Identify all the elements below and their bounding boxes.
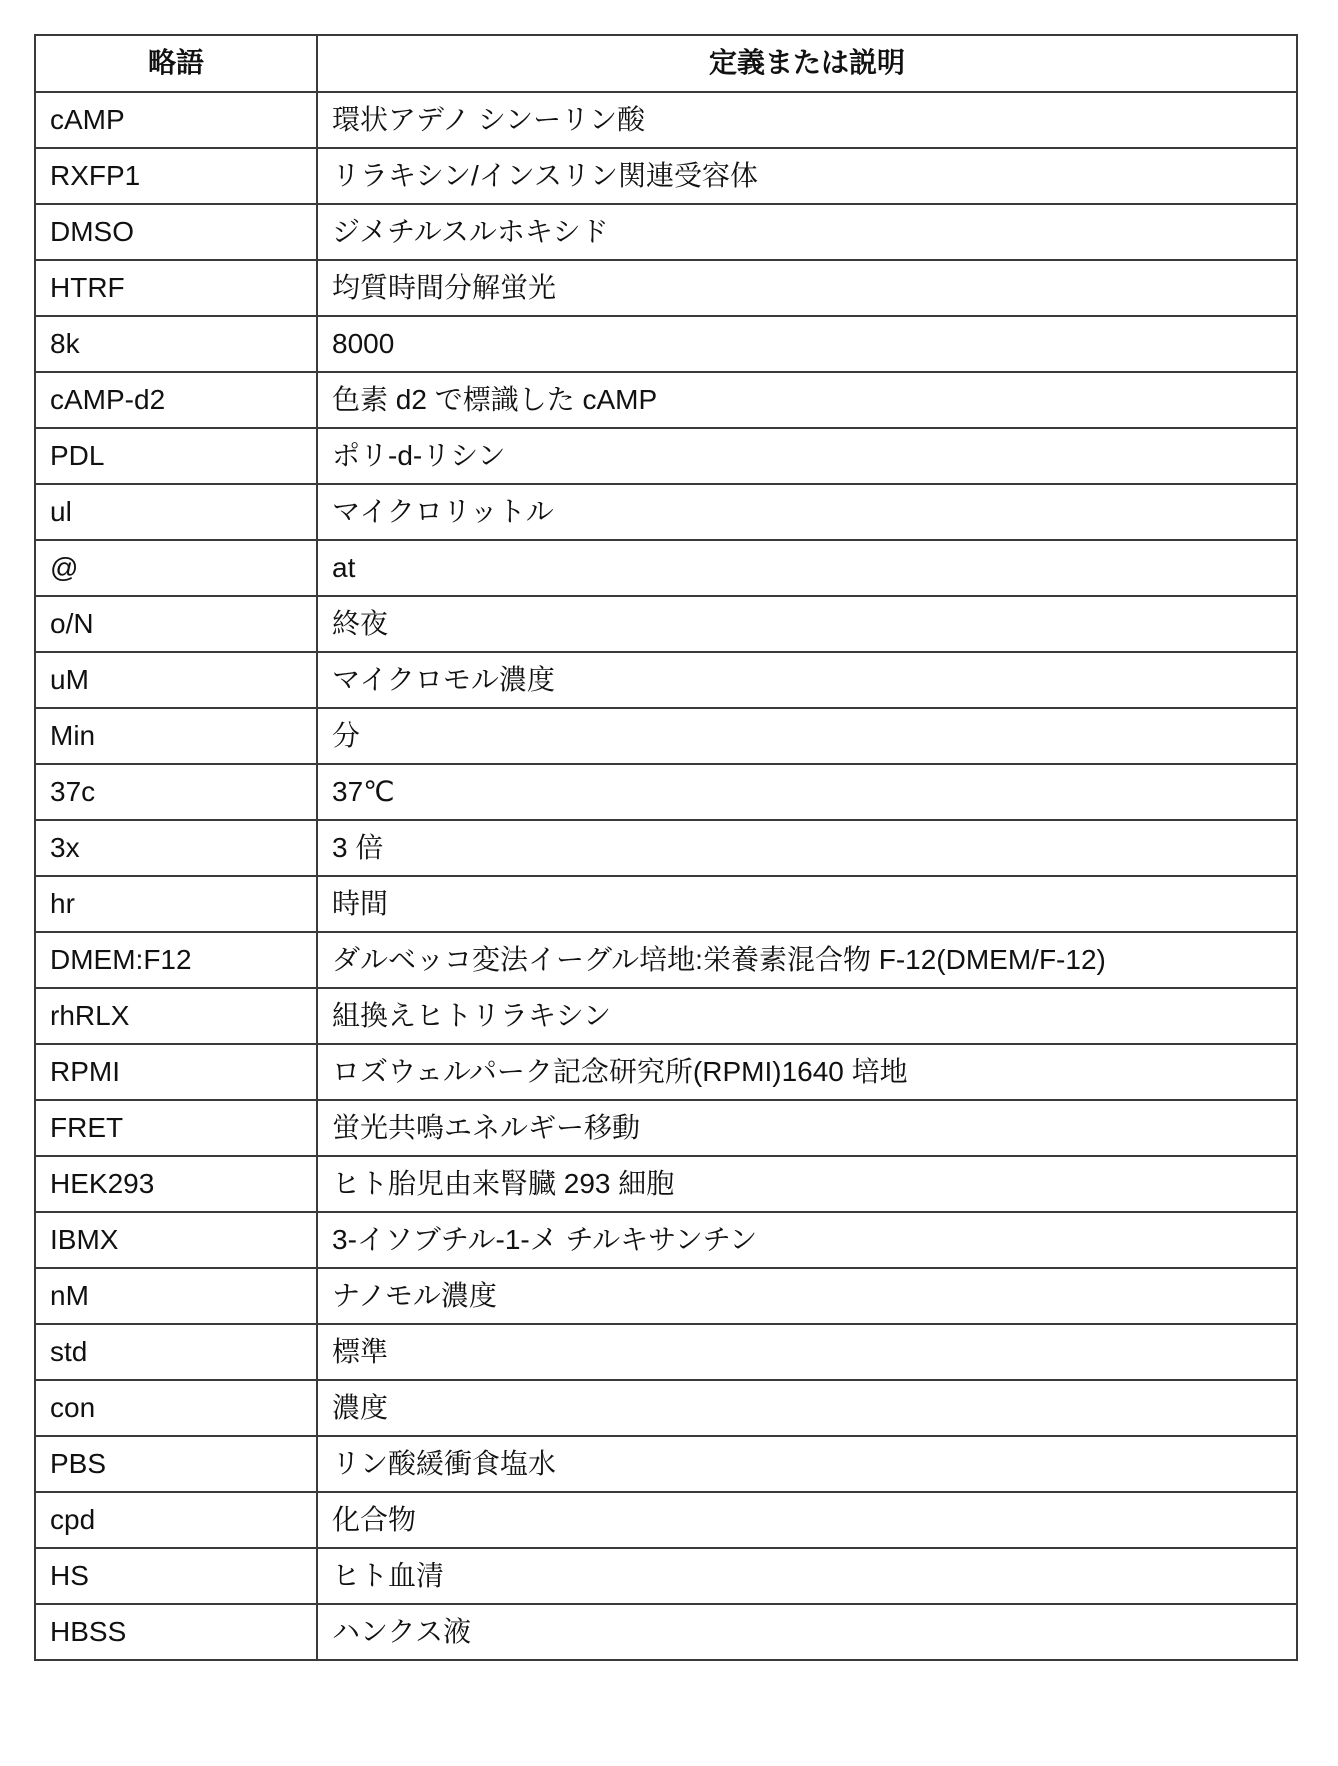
definition-cell: 3 倍 — [317, 820, 1297, 876]
abbreviation-cell: Min — [35, 708, 317, 764]
definition-cell: 8000 — [317, 316, 1297, 372]
table-row: con濃度 — [35, 1380, 1297, 1436]
definition-cell: 分 — [317, 708, 1297, 764]
definition-cell: ポリ-d-リシン — [317, 428, 1297, 484]
abbreviation-cell: RPMI — [35, 1044, 317, 1100]
definition-cell: リン酸緩衝食塩水 — [317, 1436, 1297, 1492]
table-row: 3x3 倍 — [35, 820, 1297, 876]
definition-cell: 濃度 — [317, 1380, 1297, 1436]
abbreviation-cell: 37c — [35, 764, 317, 820]
abbreviation-cell: IBMX — [35, 1212, 317, 1268]
definition-cell: 組換えヒトリラキシン — [317, 988, 1297, 1044]
abbreviation-cell: rhRLX — [35, 988, 317, 1044]
abbreviation-cell: uM — [35, 652, 317, 708]
abbreviation-cell: HBSS — [35, 1604, 317, 1660]
table-row: IBMX3-イソブチル-1-メ チルキサンチン — [35, 1212, 1297, 1268]
table-row: cAMP環状アデノ シンーリン酸 — [35, 92, 1297, 148]
abbreviation-cell: HTRF — [35, 260, 317, 316]
table-row: 8k8000 — [35, 316, 1297, 372]
abbreviation-cell: 8k — [35, 316, 317, 372]
abbreviation-cell: PDL — [35, 428, 317, 484]
definition-cell: ヒト胎児由来腎臓 293 細胞 — [317, 1156, 1297, 1212]
table-row: 37c37℃ — [35, 764, 1297, 820]
table-row: uMマイクロモル濃度 — [35, 652, 1297, 708]
definition-cell: 環状アデノ シンーリン酸 — [317, 92, 1297, 148]
definition-cell: at — [317, 540, 1297, 596]
table-row: @at — [35, 540, 1297, 596]
table-row: std標準 — [35, 1324, 1297, 1380]
abbreviation-cell: 3x — [35, 820, 317, 876]
abbreviation-cell: RXFP1 — [35, 148, 317, 204]
abbreviation-cell: cpd — [35, 1492, 317, 1548]
table-row: cpd化合物 — [35, 1492, 1297, 1548]
table-row: Min分 — [35, 708, 1297, 764]
abbreviation-cell: nM — [35, 1268, 317, 1324]
definition-cell: ナノモル濃度 — [317, 1268, 1297, 1324]
definition-cell: ロズウェルパーク記念研究所(RPMI)1640 培地 — [317, 1044, 1297, 1100]
abbreviation-cell: HEK293 — [35, 1156, 317, 1212]
abbreviation-cell: std — [35, 1324, 317, 1380]
table-body: cAMP環状アデノ シンーリン酸 RXFP1リラキシン/インスリン関連受容体 D… — [35, 92, 1297, 1660]
table-row: RPMIロズウェルパーク記念研究所(RPMI)1640 培地 — [35, 1044, 1297, 1100]
abbreviation-cell: cAMP — [35, 92, 317, 148]
abbreviation-cell: hr — [35, 876, 317, 932]
definition-cell: 化合物 — [317, 1492, 1297, 1548]
table-row: rhRLX組換えヒトリラキシン — [35, 988, 1297, 1044]
definition-cell: リラキシン/インスリン関連受容体 — [317, 148, 1297, 204]
definition-cell: 均質時間分解蛍光 — [317, 260, 1297, 316]
column-header-abbreviation: 略語 — [35, 35, 317, 92]
table-row: HEK293ヒト胎児由来腎臓 293 細胞 — [35, 1156, 1297, 1212]
table-row: FRET蛍光共鳴エネルギー移動 — [35, 1100, 1297, 1156]
definition-cell: ジメチルスルホキシド — [317, 204, 1297, 260]
table-row: HBSSハンクス液 — [35, 1604, 1297, 1660]
definition-cell: 終夜 — [317, 596, 1297, 652]
table-row: HSヒト血清 — [35, 1548, 1297, 1604]
table-row: hr時間 — [35, 876, 1297, 932]
definition-cell: ヒト血清 — [317, 1548, 1297, 1604]
table-row: DMEM:F12ダルベッコ変法イーグル培地:栄養素混合物 F-12(DMEM/F… — [35, 932, 1297, 988]
table-row: ulマイクロリットル — [35, 484, 1297, 540]
table-row: DMSOジメチルスルホキシド — [35, 204, 1297, 260]
abbreviation-cell: @ — [35, 540, 317, 596]
abbreviation-cell: DMEM:F12 — [35, 932, 317, 988]
definition-cell: マイクロモル濃度 — [317, 652, 1297, 708]
abbreviation-cell: o/N — [35, 596, 317, 652]
table-row: HTRF均質時間分解蛍光 — [35, 260, 1297, 316]
definition-cell: マイクロリットル — [317, 484, 1297, 540]
table-header-row: 略語 定義または説明 — [35, 35, 1297, 92]
table-row: RXFP1リラキシン/インスリン関連受容体 — [35, 148, 1297, 204]
definition-cell: 3-イソブチル-1-メ チルキサンチン — [317, 1212, 1297, 1268]
definition-cell: ダルベッコ変法イーグル培地:栄養素混合物 F-12(DMEM/F-12) — [317, 932, 1297, 988]
abbreviation-cell: cAMP-d2 — [35, 372, 317, 428]
table-row: cAMP-d2色素 d2 で標識した cAMP — [35, 372, 1297, 428]
abbreviation-cell: PBS — [35, 1436, 317, 1492]
abbreviation-cell: HS — [35, 1548, 317, 1604]
abbreviation-cell: DMSO — [35, 204, 317, 260]
column-header-definition: 定義または説明 — [317, 35, 1297, 92]
definition-cell: 蛍光共鳴エネルギー移動 — [317, 1100, 1297, 1156]
table-row: nMナノモル濃度 — [35, 1268, 1297, 1324]
abbreviation-cell: ul — [35, 484, 317, 540]
definition-cell: 色素 d2 で標識した cAMP — [317, 372, 1297, 428]
definition-cell: 標準 — [317, 1324, 1297, 1380]
table-row: PBSリン酸緩衝食塩水 — [35, 1436, 1297, 1492]
definition-cell: 時間 — [317, 876, 1297, 932]
table-row: o/N終夜 — [35, 596, 1297, 652]
abbreviation-cell: FRET — [35, 1100, 317, 1156]
table-row: PDLポリ-d-リシン — [35, 428, 1297, 484]
definition-cell: 37℃ — [317, 764, 1297, 820]
abbreviations-table: 略語 定義または説明 cAMP環状アデノ シンーリン酸 RXFP1リラキシン/イ… — [34, 34, 1298, 1661]
definition-cell: ハンクス液 — [317, 1604, 1297, 1660]
abbreviation-cell: con — [35, 1380, 317, 1436]
